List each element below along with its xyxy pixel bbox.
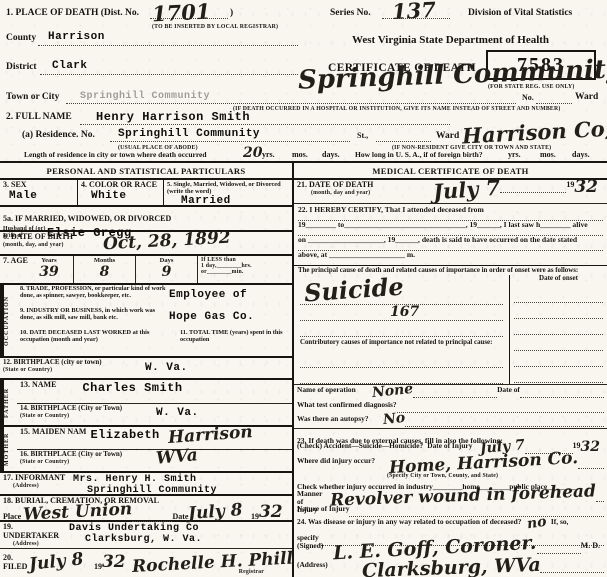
row-sex-race-marital: 3. SEX Male 4. COLOR OR RACE White 5. Si…	[0, 180, 292, 207]
total-time-label: 11. TOTAL TIME (years) spent in this occ…	[177, 329, 292, 345]
father-birthplace-value: W. Va.	[156, 407, 199, 419]
birthplace-label: 12. BIRTHPLACE (city or town)	[3, 359, 121, 367]
autopsy-label: Was there an autopsy?	[297, 415, 369, 423]
mother-name-label: 15. MAIDEN NAM	[20, 428, 86, 437]
cause-of-death-block: The principal cause of death and related…	[294, 265, 607, 385]
mother-block: MOTHER 15. MAIDEN NAM Elizabeth Harrison…	[0, 427, 292, 473]
field-birth-date: 6. DATE OF BIRTH (month, day, and year) …	[0, 232, 292, 256]
field-certify: 22. I HEREBY CERTIFY, That I attended de…	[294, 204, 607, 265]
field-nature: Nature of Injury	[294, 504, 607, 517]
test-label: What test confirmed diagnosis?	[297, 401, 397, 409]
town-ward-label: Ward	[575, 92, 598, 102]
field-test: What test confirmed diagnosis?	[294, 400, 607, 414]
informant-value: Mrs. Henry H. Smith	[73, 474, 217, 485]
district-value: Clark	[52, 60, 88, 72]
certify-line3: on ____________________, 19______, death…	[298, 236, 603, 251]
residence-line	[110, 141, 350, 142]
industry-value: Hope Gas Co.	[169, 311, 254, 323]
filed-label: 20. FILED	[3, 554, 27, 572]
burial-date-value: July 8	[188, 500, 244, 524]
occupation-block: OCCUPATION 8. TRADE, PROFESSION, or part…	[0, 285, 292, 358]
birthplace-sublabel: (State or Country)	[3, 367, 121, 373]
md-label: M. D.	[581, 542, 600, 551]
marital-label: 5. Single, Married, Widowed, or Divorced…	[167, 181, 289, 195]
length-yrs-label: yrs.	[262, 151, 275, 160]
birthplace-value: W. Va.	[145, 362, 188, 374]
usa-mos-label: mos.	[540, 151, 556, 160]
town-typed-value: Springhill Community	[80, 91, 210, 102]
father-side-label: FATHER	[3, 380, 17, 425]
residence-ward-label: Ward	[436, 131, 459, 141]
mother-name-typed-value: Elizabeth	[90, 428, 159, 442]
age-days-value: 9	[139, 264, 194, 280]
field-burial: 18. BURIAL, CREMATION, OR REMOVAL Place …	[0, 496, 292, 522]
onset-label: Date of onset	[514, 275, 603, 287]
residence-label: (a) Residence. No.	[22, 130, 95, 140]
death-certificate-document: 1. PLACE OF DEATH (Dist. No. ) 1701 (TO …	[0, 0, 607, 577]
mother-birthplace-hand-value: WVa	[155, 445, 198, 469]
father-birthplace-label: 14. BIRTHPLACE (City or Town)	[20, 405, 138, 413]
town-no-line	[536, 103, 572, 104]
operation-value: None	[371, 380, 414, 400]
usa-yrs-label: yrs.	[508, 151, 521, 160]
field-filed: 20. FILED July 8 19 32 Rochelle H. Phill…	[0, 549, 292, 577]
trade-label: 8. TRADE, PROFESSION, or particular kind…	[17, 285, 169, 301]
operation-label: Name of operation	[297, 386, 356, 394]
field-spouse: 5a. IF MARRIED, WIDOWED, OR DIVORCED Hus…	[0, 207, 292, 232]
age-less-cell: If LESS than 1 day,________hrs. or______…	[198, 256, 292, 283]
age-months-cell: Months 8	[74, 256, 136, 283]
injury-date-label: Date of Injury	[427, 442, 472, 450]
certificate-body: PERSONAL AND STATISTICAL PARTICULARS 3. …	[0, 161, 607, 577]
age-label: 7. AGE	[3, 257, 28, 282]
residence-hand-value: Harrison Co, WVa	[461, 113, 607, 149]
last-worked-label: 10. DATE DECEASED LAST WORKED at this oc…	[17, 329, 177, 345]
father-block: FATHER 13. NAME Charles Smith 14. BIRTHP…	[0, 380, 292, 427]
field-father-name: 13. NAME Charles Smith	[17, 380, 292, 404]
field-external: 23. If death was due to external causes,…	[294, 428, 607, 441]
registrar-signature: Rochelle H. Phillips	[131, 547, 294, 577]
field-undertaker: 19. UNDERTAKER (Address) Davis Undertaki…	[0, 522, 292, 549]
address-label: (Address)	[297, 561, 328, 569]
field-injury-place: Where did injury occur? Home, Harrison C…	[294, 456, 607, 475]
informant-label: 17. INFORMANT	[3, 474, 73, 483]
undertaker-label: 19. UNDERTAKER	[3, 523, 69, 541]
certify-line2: 19________ to___________________________…	[298, 221, 603, 236]
town-line	[66, 103, 516, 104]
close-paren: )	[230, 8, 233, 18]
sex-label: 3. SEX	[3, 181, 74, 190]
field-manner: Manner of Injury Revolver wound in foreh…	[294, 489, 607, 504]
undertaker-address: Clarksburg, W. Va.	[85, 534, 202, 545]
signed-label: (Signed)	[297, 542, 323, 550]
field-age: 7. AGE Years 39 Months 8 Days 9 If LESS …	[0, 256, 292, 285]
field-industry: 9. INDUSTRY OR BUSINESS, in which work w…	[17, 307, 292, 329]
place-of-death-label: 1. PLACE OF DEATH (Dist. No.	[6, 8, 139, 18]
cause-code: 167	[390, 304, 419, 320]
occupation-related-value: no	[526, 513, 548, 532]
date-of-onset-column: Date of onset	[509, 275, 607, 384]
field-death-date: 21. DATE OF DEATH (month, day and year) …	[294, 180, 607, 204]
certify-line1: 22. I HEREBY CERTIFY, That I attended de…	[298, 206, 603, 221]
age-years-value: 39	[28, 264, 70, 280]
full-name-value: Henry Harrison Smith	[96, 110, 250, 124]
age-months-label: Months	[77, 257, 132, 264]
row-last-worked-total-time: 10. DATE DECEASED LAST WORKED at this oc…	[17, 329, 292, 356]
residence-st-label: St.,	[357, 132, 368, 141]
field-operation: Name of operation None Date of	[294, 385, 607, 400]
town-no-label: No.	[522, 94, 534, 103]
full-name-label: 2. FULL NAME	[6, 112, 72, 122]
autopsy-value: No	[382, 409, 406, 427]
personal-column-title: PERSONAL AND STATISTICAL PARTICULARS	[0, 163, 292, 180]
registrar-note: (TO BE INSERTED BY LOCAL REGISTRAR)	[152, 24, 278, 30]
age-years-label: Years	[28, 257, 70, 264]
occupation-related-suffix: If, so,	[551, 518, 568, 526]
personal-column: PERSONAL AND STATISTICAL PARTICULARS 3. …	[0, 163, 294, 577]
undertaker-sublabel: (Address)	[13, 541, 69, 547]
contributory-label: Contributory causes of importance not re…	[300, 337, 503, 352]
field-sex: 3. SEX Male	[0, 180, 78, 205]
marital-value: Married	[181, 195, 289, 207]
birth-date-label: 6. DATE OF BIRTH	[3, 233, 103, 242]
field-mother-name: 15. MAIDEN NAM Elizabeth Harrison	[17, 427, 292, 450]
county-value: Harrison	[48, 31, 105, 43]
check-label: (Check) Accident—Suicide—Homicide?	[297, 442, 423, 450]
length-label: Length of residence in city or town wher…	[24, 151, 207, 159]
age-days-label: Days	[139, 257, 194, 264]
sex-value: Male	[9, 190, 74, 202]
operation-date-label: Date of	[497, 386, 520, 394]
birth-date-value: Oct, 28, 1892	[103, 228, 232, 255]
certify-line4: above, at ____________________ m.	[298, 251, 603, 265]
injury-place-label: Where did injury occur?	[297, 457, 375, 465]
age-less-note3: or________min.	[201, 269, 289, 275]
age-months-value: 8	[77, 264, 132, 280]
filed-year-prefix: 19	[94, 563, 102, 572]
residence-value: Springhill Community	[118, 128, 260, 140]
birth-date-sublabel: (month, day, and year)	[3, 242, 103, 248]
burial-place-label: Place	[3, 513, 21, 522]
death-date-sublabel: (month, day and year)	[311, 190, 393, 196]
field-trade: 8. TRADE, PROFESSION, or particular kind…	[17, 285, 292, 307]
burial-date-label: Date	[172, 513, 188, 522]
death-year-prefix: 19	[566, 181, 574, 190]
mother-birthplace-sublabel: (State or Country)	[20, 459, 138, 465]
father-birthplace-sublabel: (State or Country)	[20, 413, 138, 419]
occupation-side-label: OCCUPATION	[3, 285, 17, 356]
series-no-value: 137	[391, 0, 436, 24]
field-marital: 5. Single, Married, Widowed, or Divorced…	[164, 180, 292, 205]
burial-year-prefix: 19	[251, 513, 259, 522]
county-label: County	[6, 33, 36, 43]
county-line	[38, 45, 298, 46]
death-year-value: 32	[574, 177, 598, 197]
trade-value: Employee of	[169, 289, 247, 301]
mother-side-label: MOTHER	[3, 427, 17, 471]
full-name-line	[80, 124, 450, 125]
informant-sublabel: (Address)	[13, 483, 73, 489]
registrar-label: Registrar	[239, 569, 264, 575]
field-informant: 17. INFORMANT (Address) Mrs. Henry H. Sm…	[0, 473, 292, 496]
death-date-label: 21. DATE OF DEATH	[297, 181, 393, 190]
usa-days-label: days.	[572, 151, 590, 160]
burial-year-value: 32	[259, 502, 283, 522]
district-label: District	[6, 62, 37, 72]
series-label: Series No.	[330, 8, 371, 18]
dist-no-value: 1701	[151, 0, 211, 27]
informant-address: Springhill Community	[87, 485, 217, 496]
age-years-cell: 7. AGE Years 39	[0, 256, 74, 283]
occupation-related-label: 24. Was disease or injury in any way rel…	[297, 518, 521, 526]
length-mos-label: mos.	[292, 151, 308, 160]
field-mother-birthplace: 16. BIRTHPLACE (City or Town) (State or …	[17, 450, 292, 471]
nature-label: Nature of Injury	[297, 505, 349, 513]
father-name-value: Charles Smith	[82, 381, 182, 395]
race-label: 4. COLOR OR RACE	[81, 181, 160, 190]
length-value: 20	[243, 145, 262, 161]
residence-st-line	[376, 141, 431, 142]
field-birthplace: 12. BIRTHPLACE (city or town) (State or …	[0, 358, 292, 380]
town-label: Town or City	[6, 92, 59, 102]
certificate-header: 1. PLACE OF DEATH (Dist. No. ) 1701 (TO …	[0, 0, 607, 161]
field-race: 4. COLOR OR RACE White	[78, 180, 164, 205]
usa-label: How long in U. S. A., if of foreign birt…	[355, 151, 483, 159]
father-name-label: 13. NAME	[20, 381, 56, 390]
filed-year-value: 32	[102, 552, 126, 572]
injury-year-value: 32	[581, 439, 600, 455]
length-days-label: days.	[322, 151, 340, 160]
filed-date-value: July 8	[29, 549, 85, 575]
principal-cause-label: The principal cause of death and related…	[294, 266, 607, 275]
division-label: Division of Vital Statistics	[468, 8, 572, 18]
industry-label: 9. INDUSTRY OR BUSINESS, in which work w…	[17, 307, 169, 323]
mother-birthplace-label: 16. BIRTHPLACE (City or Town)	[20, 451, 138, 459]
hospital-note: (IF DEATH OCCURRED IN A HOSPITAL OR INST…	[233, 106, 561, 112]
field-autopsy: Was there an autopsy? No	[294, 414, 607, 428]
undertaker-value: Davis Undertaking Co	[69, 523, 202, 534]
field-address: (Address) Clarksburg, WVa	[294, 560, 607, 577]
death-date-value: July 7	[432, 175, 501, 205]
age-days-cell: Days 9	[136, 256, 198, 283]
district-line	[40, 74, 298, 75]
spouse-label: 5a. IF MARRIED, WIDOWED, OR DIVORCED	[3, 214, 171, 223]
race-value: White	[91, 190, 160, 202]
medical-column: MEDICAL CERTIFICATE OF DEATH 21. DATE OF…	[294, 163, 607, 577]
department-title: West Virginia State Department of Health	[352, 34, 549, 46]
